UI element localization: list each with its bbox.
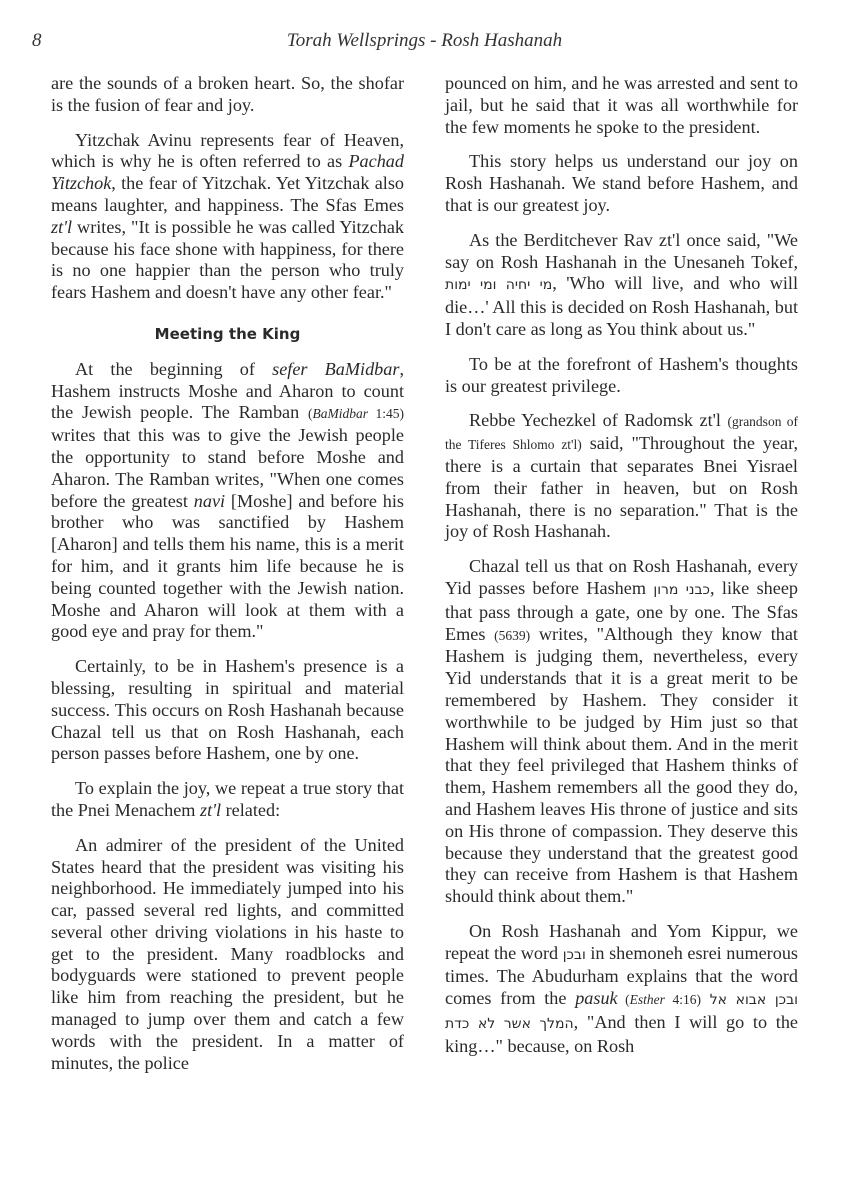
text-run: zt'l <box>200 800 221 820</box>
text-run: Rebbe Yechezkel of Radomsk zt'l <box>469 410 727 430</box>
text-run: Certainly, to be in Hashem's presence is… <box>51 656 404 763</box>
left-column: are the sounds of a broken heart. So, th… <box>51 73 404 1087</box>
text-run: related: <box>221 800 280 820</box>
paragraph: Chazal tell us that on Rosh Hashanah, ev… <box>445 556 798 908</box>
text-run: sefer BaMidbar <box>272 359 399 379</box>
paragraph: Rebbe Yechezkel of Radomsk zt'l (grandso… <box>445 410 798 543</box>
paragraph: pounced on him, and he was arrested and … <box>445 73 798 138</box>
text-run: ( <box>618 992 630 1007</box>
text-run <box>701 988 710 1008</box>
right-column: pounced on him, and he was arrested and … <box>445 73 798 1071</box>
text-run: 1:45) <box>368 406 404 421</box>
text-run: [Moshe] and before his brother who was s… <box>51 491 404 642</box>
text-run: zt'l <box>51 217 72 237</box>
paragraph: At the beginning of sefer BaMidbar, Hash… <box>51 359 404 643</box>
paragraph: To explain the joy, we repeat a true sto… <box>51 778 404 822</box>
page-header: 8 Torah Wellsprings - Rosh Hashanah <box>0 30 849 56</box>
section-heading: Meeting the King <box>51 324 404 346</box>
paragraph: To be at the forefront of Hashem's thoug… <box>445 354 798 398</box>
text-run: An admirer of the president of the Unite… <box>51 835 404 1073</box>
hebrew-text: כבני מרון <box>653 582 710 598</box>
paragraph: Certainly, to be in Hashem's presence is… <box>51 656 404 765</box>
text-run: are the sounds of a broken heart. So, th… <box>51 73 404 115</box>
paragraph: On Rosh Hashanah and Yom Kippur, we repe… <box>445 921 798 1058</box>
hebrew-text: ובכן <box>563 947 586 963</box>
text-run: This story helps us understand our joy o… <box>445 151 798 215</box>
text-run: pasuk <box>575 988 617 1008</box>
paragraph: As the Berditchever Rav zt'l once said, … <box>445 230 798 341</box>
text-run: pounced on him, and he was arrested and … <box>445 73 798 137</box>
paragraph: Yitzchak Avinu represents fear of Heaven… <box>51 130 404 304</box>
paragraph: are the sounds of a broken heart. So, th… <box>51 73 404 117</box>
text-run: At the beginning of <box>75 359 272 379</box>
text-run: 4:16) <box>665 992 701 1007</box>
text-run: Esther <box>630 992 665 1007</box>
paragraph: An admirer of the president of the Unite… <box>51 835 404 1075</box>
text-run: To be at the forefront of Hashem's thoug… <box>445 354 798 396</box>
text-run: navi <box>194 491 225 511</box>
hebrew-text: מי יחיה ומי ימות <box>445 277 552 293</box>
text-run: BaMidbar <box>312 406 368 421</box>
text-run: writes, "Although they know that Hashem … <box>445 624 798 907</box>
text-run: writes, "It is possible he was called Yi… <box>51 217 404 302</box>
text-run: (5639) <box>494 628 530 643</box>
running-title: Torah Wellsprings - Rosh Hashanah <box>0 30 849 52</box>
text-run: As the Berditchever Rav zt'l once said, … <box>445 230 798 272</box>
paragraph: This story helps us understand our joy o… <box>445 151 798 216</box>
